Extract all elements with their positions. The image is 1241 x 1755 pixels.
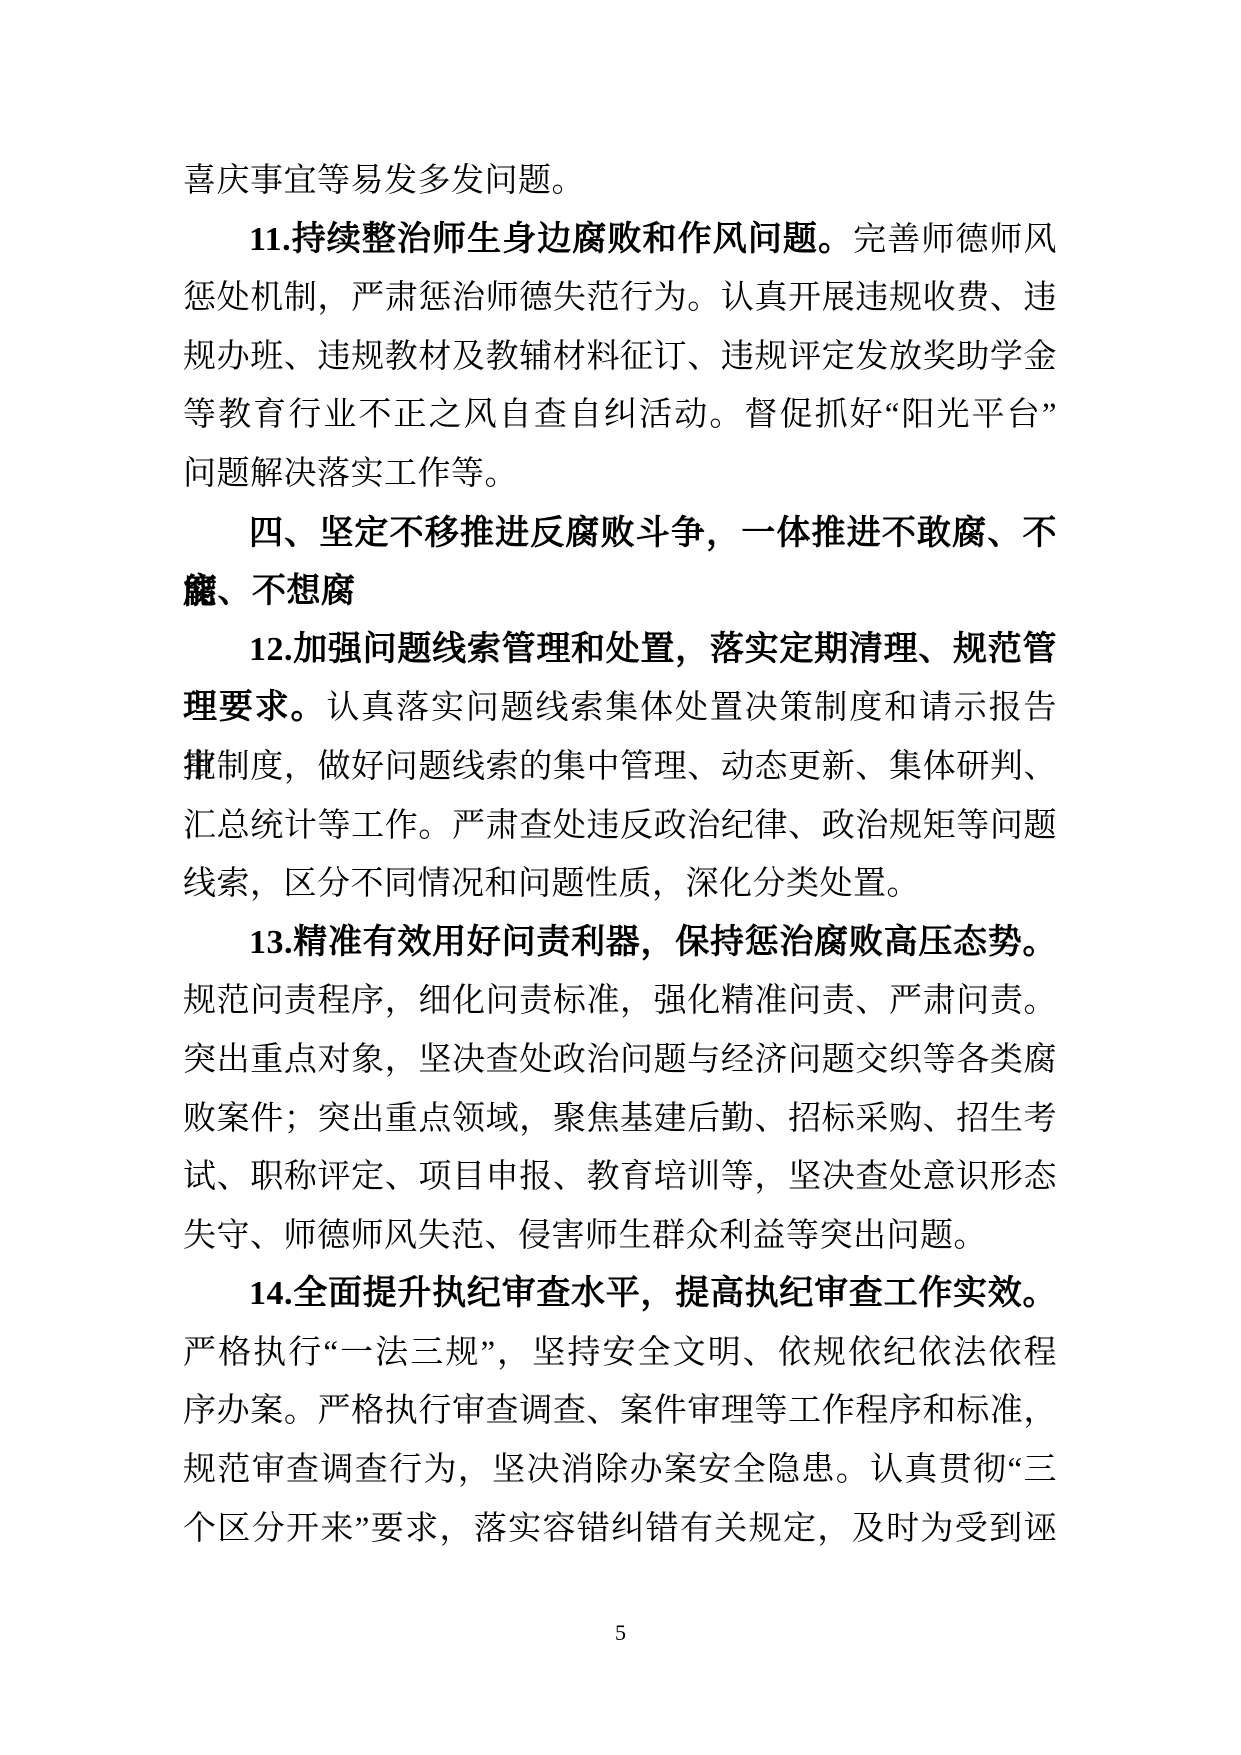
text-line: 12.加强问题线索管理和处置，落实定期清理、规范管 [183, 621, 1057, 680]
text-line: 汇总统计等工作。严肃查处违反政治纪律、政治规矩等问题 [183, 797, 1057, 856]
text-run-bold: 11.持续整治师生身边腐败和作风问题。 [249, 221, 853, 258]
text-run-body: 个区分开来”要求，落实容错纠错有关规定，及时为受到诬 [183, 1511, 1057, 1547]
text-run-body: 线索，区分不同情况和问题性质，深化分类处置。 [183, 866, 920, 902]
text-run-bold: 12.加强问题线索管理和处置，落实定期清理、规范管 [249, 631, 1057, 668]
text-line: 突出重点对象，坚决查处政治问题与经济问题交织等各类腐 [183, 1031, 1057, 1090]
page-footer: 5 [0, 1620, 1241, 1646]
text-run-body: 突出重点对象，坚决查处政治问题与经济问题交织等各类腐 [183, 1042, 1057, 1078]
text-line: 14.全面提升执纪审查水平，提高执纪审查工作实效。 [183, 1265, 1057, 1324]
text-line: 11.持续整治师生身边腐败和作风问题。完善师德师风 [183, 211, 1057, 270]
text-run-body: 问题解决落实工作等。 [183, 456, 518, 492]
text-line: 腐、不想腐 [183, 562, 1057, 621]
text-line: 规范问责程序，细化问责标准，强化精准问责、严肃问责。 [183, 972, 1057, 1031]
text-line: 失守、师德师风失范、侵害师生群众利益等突出问题。 [183, 1207, 1057, 1266]
text-line: 喜庆事宜等易发多发问题。 [183, 152, 1057, 211]
text-run-body: 严格执行“一法三规”，坚持安全文明、依规依纪依法依程 [183, 1335, 1057, 1371]
text-run-body: 败案件；突出重点领域，聚焦基建后勤、招标采购、招生考 [183, 1101, 1057, 1137]
text-run-body: 批制度，做好问题线索的集中管理、动态更新、集体研判、 [183, 749, 1057, 785]
text-line: 等教育行业不正之风自查自纠活动。督促抓好“阳光平台” [183, 386, 1057, 445]
text-run-body: 规办班、违规教材及教辅材料征订、违规评定发放奖助学金 [183, 339, 1057, 375]
text-run-body: 惩处机制，严肃惩治师德失范行为。认真开展违规收费、违 [183, 280, 1057, 316]
text-line: 批制度，做好问题线索的集中管理、动态更新、集体研判、 [183, 738, 1057, 797]
text-run-body: 试、职称评定、项目申报、教育培训等，坚决查处意识形态 [183, 1159, 1057, 1195]
text-line: 个区分开来”要求，落实容错纠错有关规定，及时为受到诬 [183, 1500, 1057, 1559]
text-line: 试、职称评定、项目申报、教育培训等，坚决查处意识形态 [183, 1148, 1057, 1207]
text-line: 序办案。严格执行审查调查、案件审理等工作程序和标准， [183, 1382, 1057, 1441]
text-line: 问题解决落实工作等。 [183, 445, 1057, 504]
text-line: 败案件；突出重点领域，聚焦基建后勤、招标采购、招生考 [183, 1090, 1057, 1149]
text-run-body: 失守、师德师风失范、侵害师生群众利益等突出问题。 [183, 1218, 987, 1254]
text-run-bold: 14.全面提升执纪审查水平，提高执纪审查工作实效。 [249, 1275, 1057, 1312]
text-run-body: 序办案。严格执行审查调查、案件审理等工作程序和标准， [183, 1393, 1057, 1429]
text-line: 理要求。认真落实问题线索集体处置决策制度和请示报告审 [183, 679, 1057, 738]
text-line: 线索，区分不同情况和问题性质，深化分类处置。 [183, 855, 1057, 914]
text-line: 规范审查调查行为，坚决消除办案安全隐患。认真贯彻“三 [183, 1441, 1057, 1500]
text-line: 严格执行“一法三规”，坚持安全文明、依规依纪依法依程 [183, 1324, 1057, 1383]
text-line: 四、坚定不移推进反腐败斗争，一体推进不敢腐、不能 [183, 504, 1057, 563]
text-run-body: 规范审查调查行为，坚决消除办案安全隐患。认真贯彻“三 [183, 1452, 1057, 1488]
text-run-body: 汇总统计等工作。严肃查处违反政治纪律、政治规矩等问题 [183, 808, 1057, 844]
text-run-bold: 理要求。 [183, 689, 326, 726]
document-page: 喜庆事宜等易发多发问题。11.持续整治师生身边腐败和作风问题。完善师德师风惩处机… [0, 0, 1241, 1755]
text-run-body: 喜庆事宜等易发多发问题。 [183, 163, 585, 199]
text-line: 惩处机制，严肃惩治师德失范行为。认真开展违规收费、违 [183, 269, 1057, 328]
text-run-body: 等教育行业不正之风自查自纠活动。督促抓好“阳光平台” [183, 397, 1057, 433]
text-run-body: 规范问责程序，细化问责标准，强化精准问责、严肃问责。 [183, 983, 1057, 1019]
text-lines: 喜庆事宜等易发多发问题。11.持续整治师生身边腐败和作风问题。完善师德师风惩处机… [183, 152, 1057, 1558]
text-line: 规办班、违规教材及教辅材料征订、违规评定发放奖助学金 [183, 328, 1057, 387]
text-run-bold: 13.精准有效用好问责利器，保持惩治腐败高压态势。 [249, 924, 1057, 961]
text-run-body: 完善师德师风 [853, 222, 1057, 258]
text-line: 13.精准有效用好问责利器，保持惩治腐败高压态势。 [183, 914, 1057, 973]
page-number: 5 [615, 1620, 626, 1645]
text-run-hei: 腐、不想腐 [183, 572, 356, 610]
